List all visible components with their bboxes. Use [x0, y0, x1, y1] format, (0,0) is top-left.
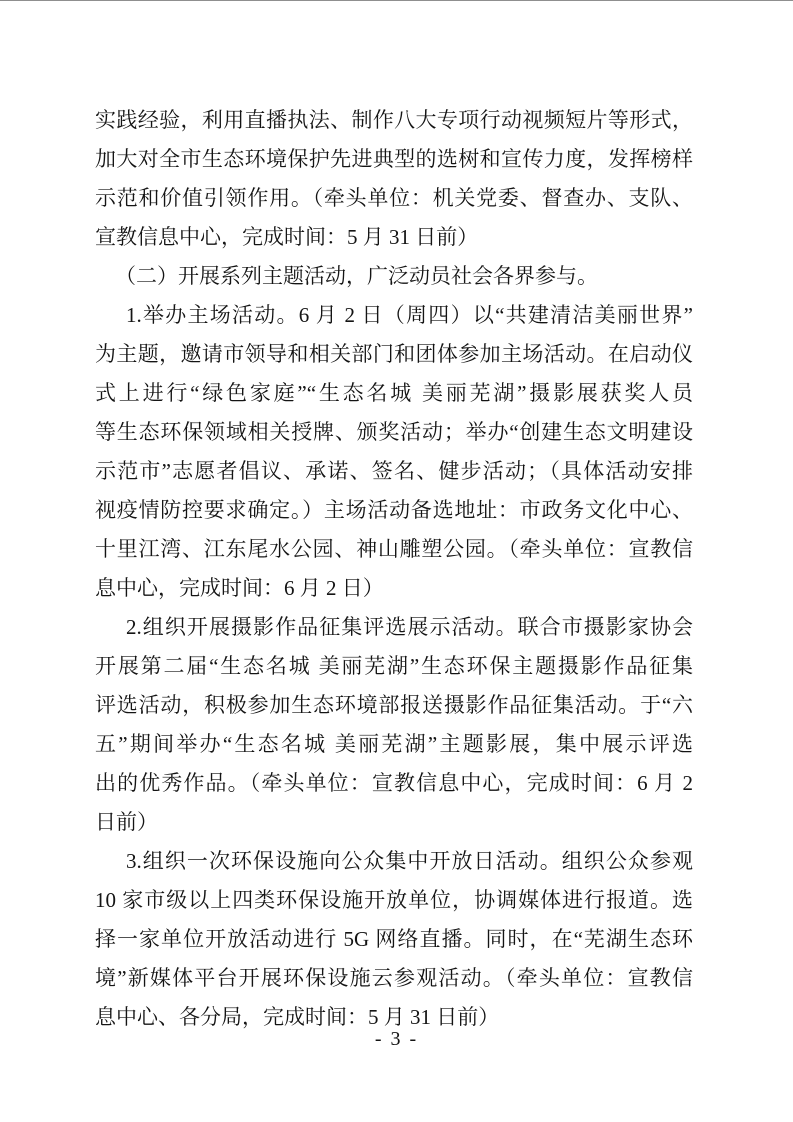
body-line: 择一家单位开放活动进行 5G 网络直播。同时，在“芜湖生态环	[95, 920, 693, 959]
body-line: 示范市”志愿者倡议、承诺、签名、健步活动；（具体活动安排	[95, 452, 693, 491]
body-line: 出的优秀作品。（牵头单位：宣教信息中心，完成时间：6 月 2	[95, 764, 693, 803]
body-line: 息中心，完成时间：6 月 2 日）	[95, 569, 693, 608]
body-line: 十里江湾、江东尾水公园、神山雕塑公园。（牵头单位：宣教信	[95, 530, 693, 569]
paragraph: （二）开展系列主题活动，广泛动员社会各界参与。	[95, 257, 693, 296]
body-line: 3.组织一次环保设施向公众集中开放日活动。组织公众参观	[95, 842, 693, 881]
paragraph: 3.组织一次环保设施向公众集中开放日活动。组织公众参观 10 家市级以上四类环保…	[95, 842, 693, 1037]
paragraph: 2.组织开展摄影作品征集评选展示活动。联合市摄影家协会 开展第二届“生态名城 美…	[95, 608, 693, 842]
body-line: 式上进行“绿色家庭”“生态名城 美丽芜湖”摄影展获奖人员	[95, 374, 693, 413]
body-line: 实践经验，利用直播执法、制作八大专项行动视频短片等形式，	[95, 101, 693, 140]
body-line: 示范和价值引领作用。（牵头单位：机关党委、督查办、支队、	[95, 179, 693, 218]
body-line: 五”期间举办“生态名城 美丽芜湖”主题影展，集中展示评选	[95, 725, 693, 764]
body-line: 境”新媒体平台开展环保设施云参观活动。（牵头单位：宣教信	[95, 959, 693, 998]
body-line: 视疫情防控要求确定。）主场活动备选地址：市政务文化中心、	[95, 491, 693, 530]
document-body: 实践经验，利用直播执法、制作八大专项行动视频短片等形式， 加大对全市生态环境保护…	[95, 101, 693, 1037]
body-line: 10 家市级以上四类环保设施开放单位，协调媒体进行报道。选	[95, 881, 693, 920]
body-line: 开展第二届“生态名城 美丽芜湖”生态环保主题摄影作品征集	[95, 647, 693, 686]
document-page: 实践经验，利用直播执法、制作八大专项行动视频短片等形式， 加大对全市生态环境保护…	[0, 0, 793, 1122]
body-line: 2.组织开展摄影作品征集评选展示活动。联合市摄影家协会	[95, 608, 693, 647]
body-line: 宣教信息中心，完成时间：5 月 31 日前）	[95, 218, 693, 257]
body-line: 为主题，邀请市领导和相关部门和团体参加主场活动。在启动仪	[95, 335, 693, 374]
body-line: 评选活动，积极参加生态环境部报送摄影作品征集活动。于“六	[95, 686, 693, 725]
paragraph: 1.举办主场活动。6 月 2 日（周四）以“共建清洁美丽世界” 为主题，邀请市领…	[95, 296, 693, 608]
paragraph: 实践经验，利用直播执法、制作八大专项行动视频短片等形式， 加大对全市生态环境保护…	[95, 101, 693, 257]
page-number: - 3 -	[0, 1028, 793, 1050]
body-line: 日前）	[95, 803, 693, 842]
body-line: 1.举办主场活动。6 月 2 日（周四）以“共建清洁美丽世界”	[95, 296, 693, 335]
section-heading: （二）开展系列主题活动，广泛动员社会各界参与。	[95, 257, 693, 296]
scan-edge-line	[0, 0, 793, 1]
body-line: 等生态环保领域相关授牌、颁奖活动；举办“创建生态文明建设	[95, 413, 693, 452]
body-line: 加大对全市生态环境保护先进典型的选树和宣传力度，发挥榜样	[95, 140, 693, 179]
